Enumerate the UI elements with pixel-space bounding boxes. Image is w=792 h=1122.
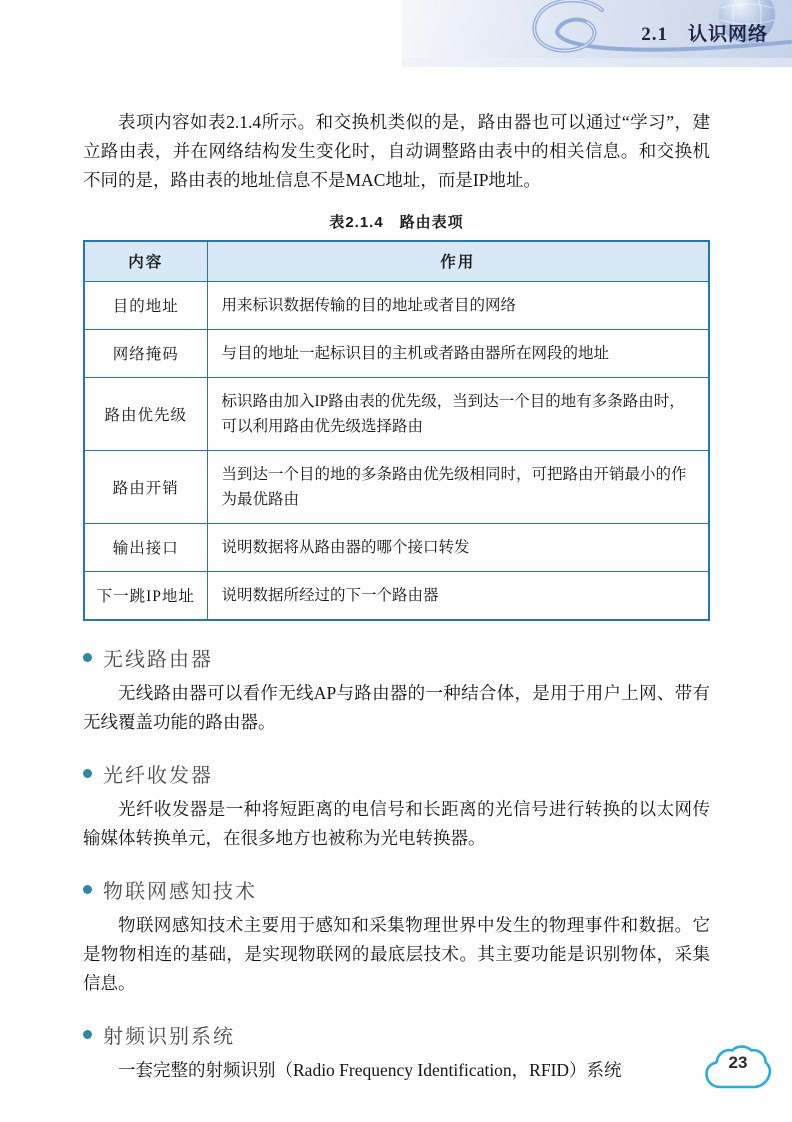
bullet-icon (83, 885, 92, 894)
section-title: 无线路由器 (103, 643, 213, 672)
bullet-icon (83, 1030, 92, 1039)
page-content: 表项内容如表2.1.4所示。和交换机类似的是，路由器也可以通过“学习”，建立路由… (83, 108, 710, 1085)
table-row: 输出接口 说明数据将从路由器的哪个接口转发 (84, 523, 709, 571)
row-desc: 与目的地址一起标识目的主机或者路由器所在网段的地址 (207, 329, 709, 377)
section-fiber-transceiver: 光纤收发器 光纤收发器是一种将短距离的电信号和长距离的光信号进行转换的以太网传输… (83, 759, 710, 853)
section-heading: 物联网感知技术 (83, 875, 710, 904)
row-desc: 标识路由加入IP路由表的优先级，当到达一个目的地有多条路由时，可以利用路由优先级… (207, 377, 709, 450)
section-paragraph: 一套完整的射频识别（Radio Frequency Identification… (83, 1056, 710, 1085)
table-caption: 表2.1.4 路由表项 (83, 211, 710, 232)
section-paragraph: 光纤收发器是一种将短距离的电信号和长距离的光信号进行转换的以太网传输媒体转换单元… (83, 795, 710, 853)
column-header-function: 作用 (207, 241, 709, 281)
page-number-cloud: 23 (703, 1043, 773, 1097)
row-name: 下一跳IP地址 (84, 571, 207, 620)
row-name: 路由开销 (84, 450, 207, 523)
section-heading: 无线路由器 (83, 643, 710, 672)
row-name: 网络掩码 (84, 329, 207, 377)
bullet-icon (83, 653, 92, 662)
section-paragraph: 无线路由器可以看作无线AP与路由器的一种结合体，是用于用户上网、带有无线覆盖功能… (83, 679, 710, 737)
table-header-row: 内容 作用 (84, 241, 709, 281)
table-row: 下一跳IP地址 说明数据所经过的下一个路由器 (84, 571, 709, 620)
row-desc: 当到达一个目的地的多条路由优先级相同时，可把路由开销最小的作为最优路由 (207, 450, 709, 523)
row-name: 目的地址 (84, 281, 207, 329)
row-desc: 用来标识数据传输的目的地址或者目的网络 (207, 281, 709, 329)
intro-paragraph: 表项内容如表2.1.4所示。和交换机类似的是，路由器也可以通过“学习”，建立路由… (83, 108, 710, 195)
header-banner: 2.1 认识网络 (402, 0, 792, 58)
textbook-page: 2.1 认识网络 表项内容如表2.1.4所示。和交换机类似的是，路由器也可以通过… (0, 0, 792, 1122)
row-name: 输出接口 (84, 523, 207, 571)
page-number: 23 (703, 1053, 773, 1073)
table-row: 网络掩码 与目的地址一起标识目的主机或者路由器所在网段的地址 (84, 329, 709, 377)
row-name: 路由优先级 (84, 377, 207, 450)
routing-table: 内容 作用 目的地址 用来标识数据传输的目的地址或者目的网络 网络掩码 与目的地… (83, 240, 710, 621)
column-header-content: 内容 (84, 241, 207, 281)
banner-substrip (402, 58, 792, 67)
section-heading: 射频识别系统 (83, 1020, 710, 1049)
section-wireless-router: 无线路由器 无线路由器可以看作无线AP与路由器的一种结合体，是用于用户上网、带有… (83, 643, 710, 737)
table-row: 目的地址 用来标识数据传输的目的地址或者目的网络 (84, 281, 709, 329)
row-desc: 说明数据所经过的下一个路由器 (207, 571, 709, 620)
table-row: 路由开销 当到达一个目的地的多条路由优先级相同时，可把路由开销最小的作为最优路由 (84, 450, 709, 523)
section-title: 物联网感知技术 (103, 875, 257, 904)
section-paragraph: 物联网感知技术主要用于感知和采集物理世界中发生的物理事件和数据。它是物物相连的基… (83, 911, 710, 998)
section-heading: 光纤收发器 (83, 759, 710, 788)
row-desc: 说明数据将从路由器的哪个接口转发 (207, 523, 709, 571)
section-title: 射频识别系统 (103, 1020, 235, 1049)
section-number-title: 2.1 认识网络 (641, 19, 768, 46)
bullet-icon (83, 769, 92, 778)
section-iot-sensing: 物联网感知技术 物联网感知技术主要用于感知和采集物理世界中发生的物理事件和数据。… (83, 875, 710, 998)
section-title: 光纤收发器 (103, 759, 213, 788)
table-row: 路由优先级 标识路由加入IP路由表的优先级，当到达一个目的地有多条路由时，可以利… (84, 377, 709, 450)
section-rfid: 射频识别系统 一套完整的射频识别（Radio Frequency Identif… (83, 1020, 710, 1085)
